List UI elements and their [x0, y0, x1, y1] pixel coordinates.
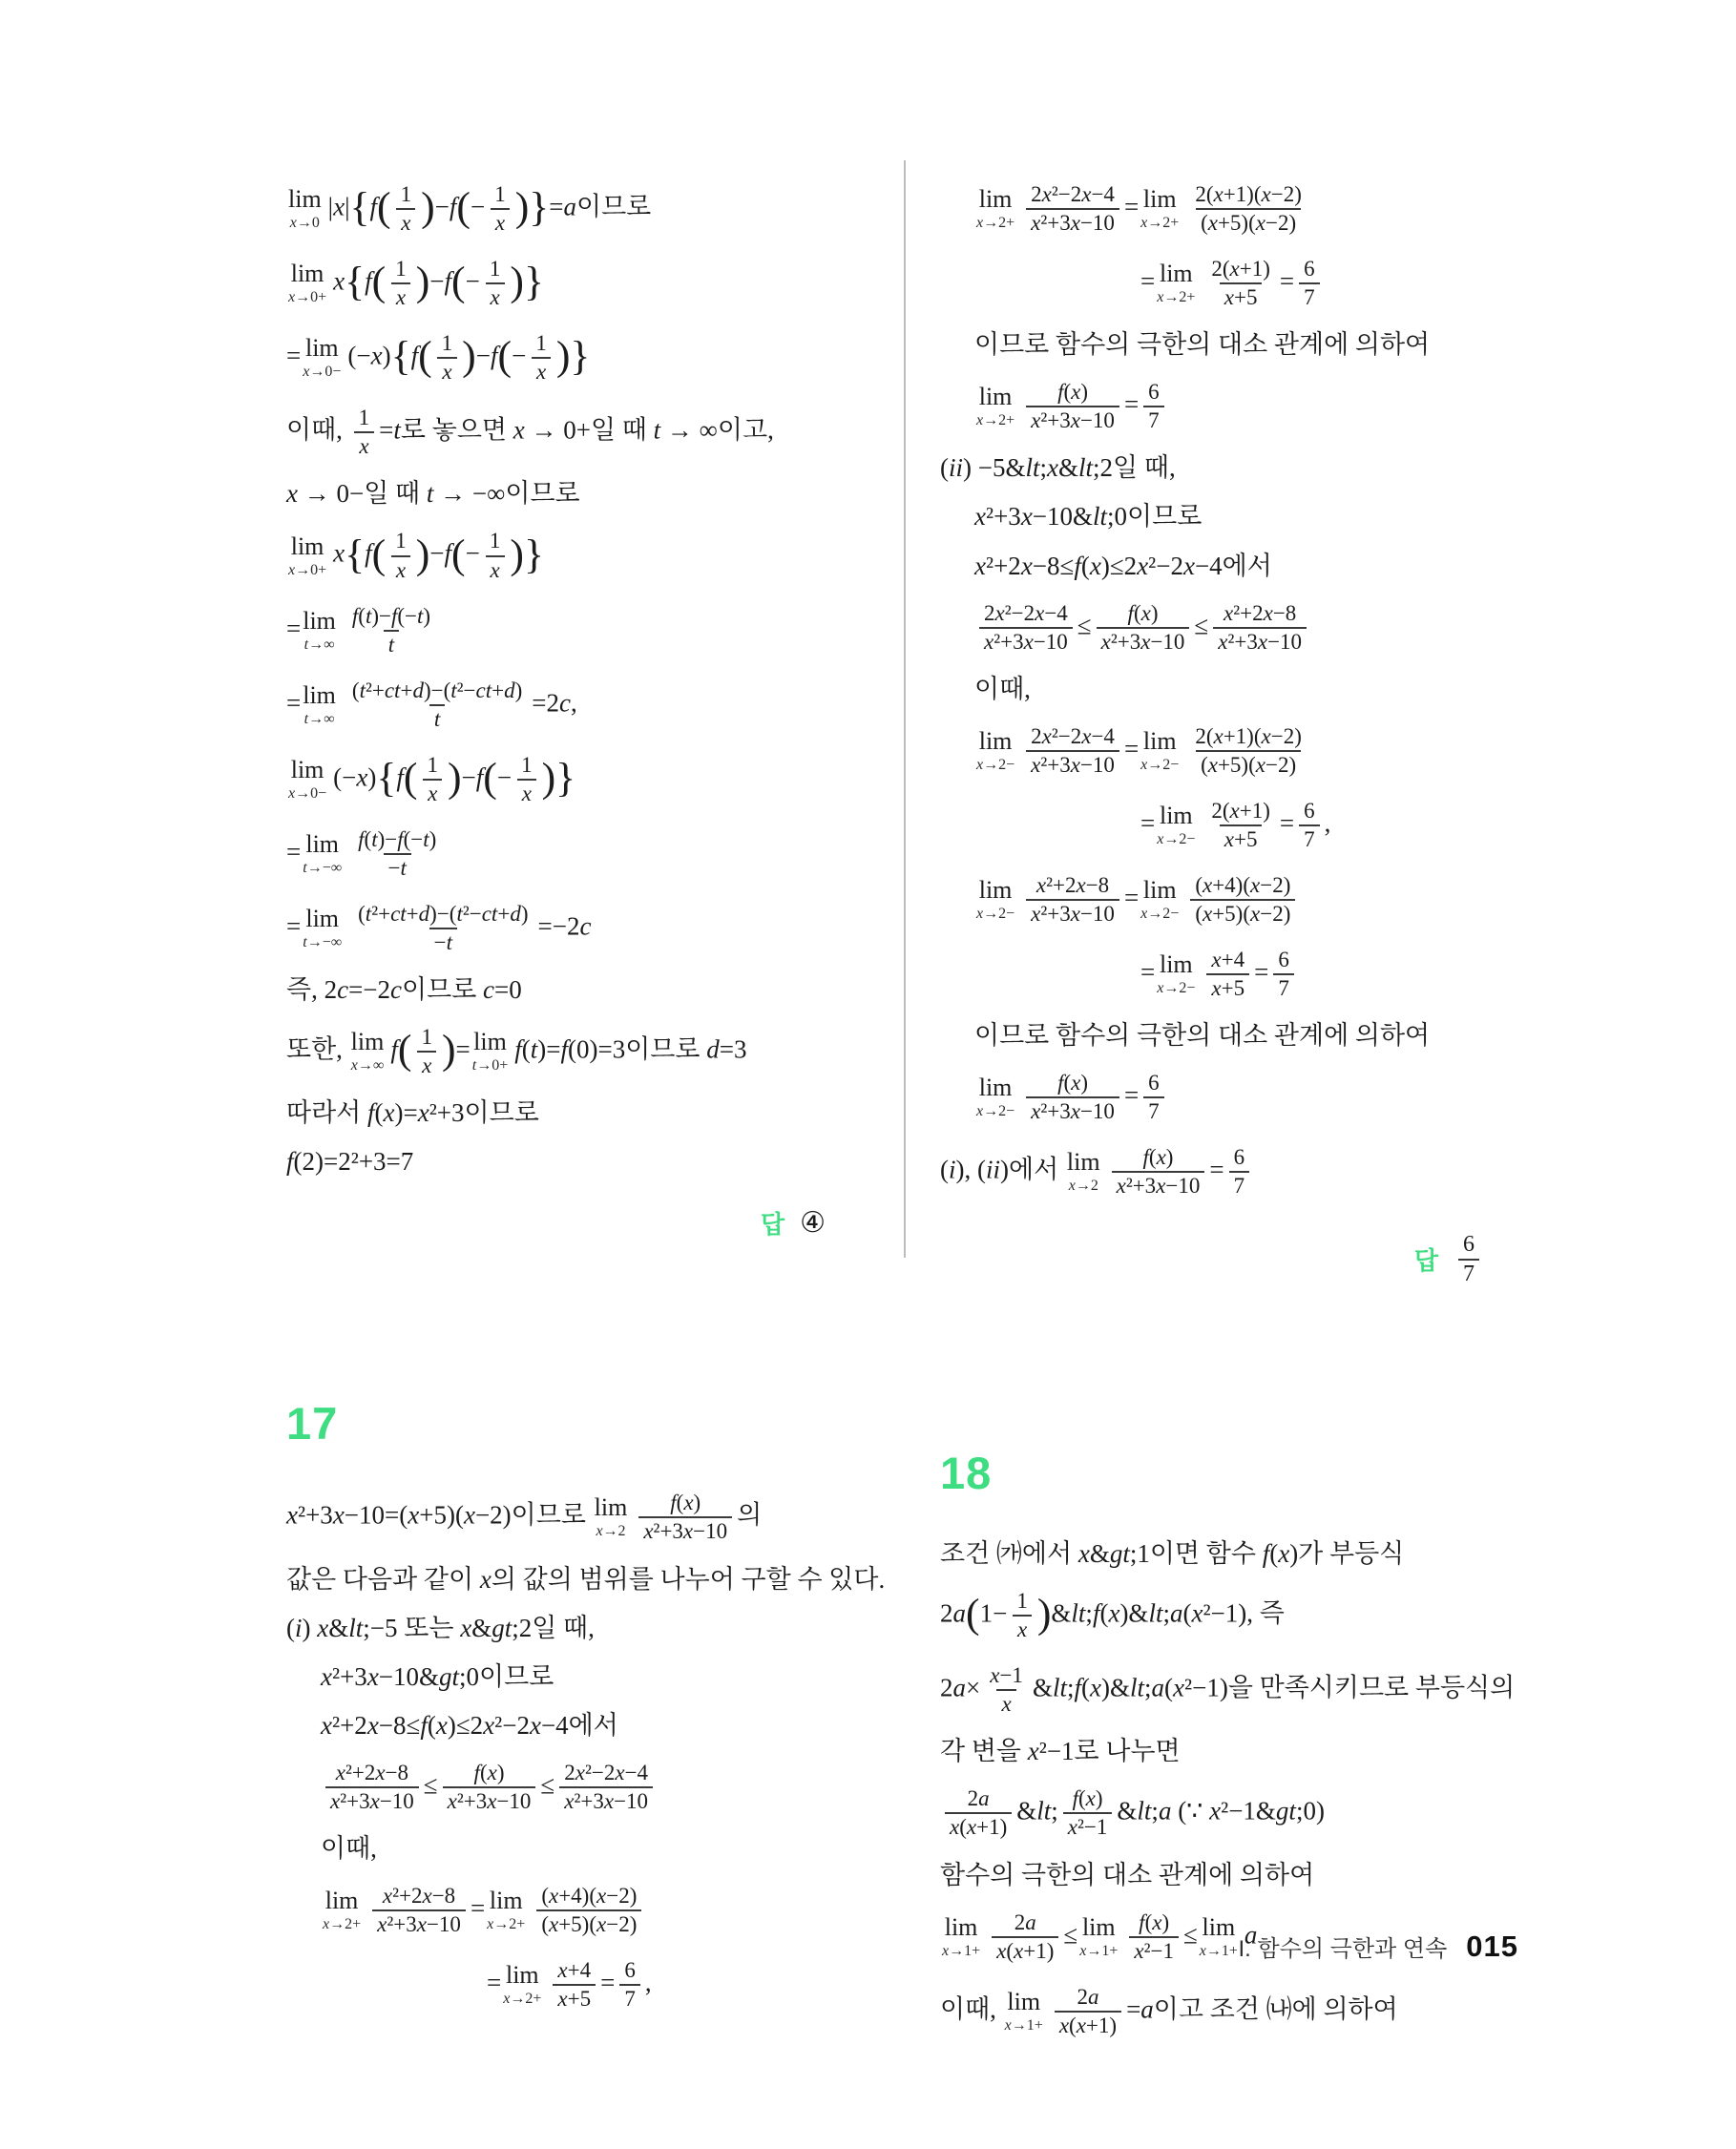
big-bracket: (	[372, 532, 387, 577]
solution-line: 따라서 f(x)=x²+3이므로	[286, 1096, 878, 1130]
answer-value: ④	[800, 1206, 826, 1240]
solution-line: x²+2x−8x²+3x−10≤f(x)x²+3x−10≤2x²−2x−4x²+…	[321, 1758, 878, 1817]
fraction: 67	[1458, 1231, 1479, 1289]
limit-operator: limx→2−	[1140, 878, 1179, 922]
solution-line: 2a(1−1x)&lt;f(x)&lt;a(x²−1), 즉	[940, 1586, 1537, 1645]
problem-number-18: 18	[940, 1450, 1537, 1495]
big-bracket: }	[555, 755, 575, 801]
big-bracket: (	[404, 755, 418, 801]
limit-operator: limx→2+	[976, 385, 1014, 428]
big-bracket: {	[345, 532, 365, 577]
fraction: 2ax(x+1)	[945, 1785, 1012, 1841]
limit-operator: limt→−∞	[303, 907, 342, 950]
fraction: f(x)x²+3x−10	[1026, 379, 1119, 434]
limit-operator: limx→2−	[1140, 729, 1179, 773]
big-bracket: )	[510, 259, 524, 304]
solution-line: =limt→∞f(t)−f(−t)t	[286, 601, 878, 660]
fraction: f(x)x²+3x−10	[1112, 1144, 1205, 1200]
big-bracket: (	[966, 1591, 980, 1637]
solution-line: 즉, 2c=−2c이므로 c=0	[286, 973, 878, 1007]
fraction: 67	[619, 1957, 640, 2013]
solution-line: limx→2+f(x)x²+3x−10=67	[974, 377, 1537, 436]
fraction: 2x²−2x−4x²+3x−10	[979, 600, 1073, 656]
big-bracket: )	[542, 755, 556, 801]
limit-operator: limx→1+	[1079, 1915, 1118, 1959]
fraction: 2ax(x+1)	[1055, 1984, 1121, 2039]
fraction: 2(x+1)x+5	[1206, 798, 1275, 853]
fraction: 1x	[354, 405, 375, 460]
limit-operator: limx→2	[595, 1495, 628, 1539]
fraction: f(x)x²+3x−10	[1097, 600, 1190, 656]
fraction: f(x)x²−1	[1129, 1909, 1179, 1965]
solution-line: limx→2+2x²−2x−4x²+3x−10=limx→2+2(x+1)(x−…	[974, 179, 1537, 239]
solution-line: =limx→2−x+4x+5=67	[1140, 945, 1537, 1004]
solution-line: 값은 다음과 같이 x의 값의 범위를 나누어 구할 수 있다.	[286, 1563, 878, 1596]
big-bracket: )	[462, 333, 476, 379]
solution-line: =limx→2+2(x+1)x+5=67	[1140, 254, 1537, 313]
answer-value: 67	[1454, 1229, 1484, 1291]
solution-line: x²+3x−10&gt;0이므로	[321, 1660, 878, 1694]
big-bracket: (	[451, 532, 466, 577]
fraction: 1x	[485, 528, 506, 583]
solution-line: limx→0+x{f(1x)−f(−1x)}	[286, 254, 878, 313]
solution-line: =limt→∞(t²+ct+d)−(t²−ct+d)t=2c,	[286, 676, 878, 735]
fraction: x−1x	[985, 1662, 1028, 1718]
limit-operator: limt→−∞	[303, 832, 342, 876]
solution-line: 2a×x−1x&lt;f(x)&lt;a(x²−1)을 만족시키므로 부등식의	[940, 1660, 1537, 1720]
solution-line: 이때,	[321, 1832, 878, 1866]
fraction: 67	[1273, 947, 1294, 1002]
fraction: x+4x+5	[553, 1957, 596, 2013]
fraction: 1x	[396, 181, 417, 237]
solution-line: limx→0+x{f(1x)−f(−1x)}	[286, 526, 878, 585]
fraction: 1x	[422, 752, 443, 807]
solution-line: x²+2x−8≤f(x)≤2x²−2x−4에서	[321, 1709, 878, 1742]
fraction: 1x	[485, 256, 506, 311]
big-bracket: (	[377, 184, 391, 230]
solution-line: 이때, 1x=t로 놓으면 x → 0+일 때 t → ∞이고,	[286, 403, 878, 462]
answer-label: 답	[761, 1205, 784, 1241]
limit-operator: limx→0+	[288, 534, 326, 578]
fraction: f(x)x²+3x−10	[443, 1760, 536, 1815]
limit-operator: limx→2−	[976, 1075, 1014, 1119]
big-bracket: }	[524, 259, 544, 304]
big-bracket: {	[345, 259, 365, 304]
big-bracket: }	[529, 184, 549, 230]
fraction: 1x	[516, 752, 537, 807]
big-bracket: )	[416, 259, 430, 304]
fraction: 1x	[1012, 1588, 1033, 1643]
solution-line: f(2)=2²+3=7	[286, 1145, 878, 1179]
big-bracket: )	[442, 1027, 456, 1073]
solution-line: limx→2−f(x)x²+3x−10=67	[974, 1068, 1537, 1127]
big-bracket: {	[391, 333, 411, 379]
fraction: 1x	[437, 330, 458, 386]
column-divider	[904, 160, 906, 1258]
solution-line: =limt→−∞f(t)−f(−t)−t	[286, 824, 878, 884]
solution-line: 또한, limx→∞f(1x)=limt→0+f(t)=f(0)=3이므로 d=…	[286, 1022, 878, 1081]
limit-operator: limx→0−	[303, 336, 341, 380]
fraction: f(t)−f(−t)−t	[353, 826, 441, 882]
fraction: f(x)x²−1	[1063, 1785, 1113, 1841]
fraction: f(t)−f(−t)t	[347, 603, 435, 658]
fraction: 67	[1229, 1144, 1250, 1200]
page-number: 015	[1466, 1930, 1518, 1964]
big-bracket: )	[515, 184, 530, 230]
big-bracket: )	[556, 333, 571, 379]
big-bracket: (	[418, 333, 432, 379]
chapter-title: I. 함수의 극한과 연속	[1238, 1930, 1447, 1963]
limit-operator: limx→1+	[1200, 1915, 1238, 1959]
fraction: 1x	[390, 528, 411, 583]
big-bracket: (	[398, 1027, 412, 1073]
solution-line: x²+3x−10=(x+5)(x−2)이므로 limx→2f(x)x²+3x−1…	[286, 1488, 878, 1547]
limit-operator: limt→∞	[303, 609, 336, 653]
fraction: 2(x+1)x+5	[1206, 256, 1275, 311]
solution-line: limx→2−x²+2x−8x²+3x−10=limx→2−(x+4)(x−2)…	[974, 870, 1537, 929]
big-bracket: {	[376, 755, 396, 801]
solution-line: x²+2x−8≤f(x)≤2x²−2x−4에서	[974, 550, 1537, 583]
solution-line: 각 변을 x²−1로 나누면	[940, 1735, 1537, 1768]
limit-operator: limx→2+	[1157, 261, 1195, 305]
solution-line: (ii) −5&lt;x&lt;2일 때,	[940, 451, 1537, 485]
limit-operator: limx→∞	[351, 1030, 385, 1074]
solution-line: x²+3x−10&lt;0이므로	[974, 500, 1537, 533]
big-bracket: )	[1037, 1591, 1052, 1637]
big-bracket: )	[416, 532, 430, 577]
limit-operator: limx→2+	[487, 1888, 525, 1932]
solution-line: (i) x&lt;−5 또는 x&gt;2일 때,	[286, 1612, 878, 1645]
solution-line: 이므로 함수의 극한의 대소 관계에 의하여	[974, 1019, 1537, 1053]
fraction: (x+4)(x−2)(x+5)(x−2)	[536, 1883, 641, 1938]
right-column: limx→2+2x²−2x−4x²+3x−10=limx→2+2(x+1)(x−…	[940, 0, 1537, 2056]
big-bracket: }	[570, 333, 590, 379]
big-bracket: (	[372, 259, 387, 304]
fraction: f(x)x²+3x−10	[638, 1490, 732, 1545]
fraction: 1x	[390, 256, 411, 311]
fraction: 2x²−2x−4x²+3x−10	[1026, 181, 1119, 237]
fraction: 2ax(x+1)	[992, 1909, 1058, 1965]
limit-operator: limx→0−	[288, 758, 326, 802]
solution-line: =limx→2+x+4x+5=67,	[487, 1955, 878, 2014]
solution-line: 2x²−2x−4x²+3x−10≤f(x)x²+3x−10≤x²+2x−8x²+…	[974, 598, 1537, 657]
big-bracket: )	[421, 184, 435, 230]
solution-line: =limt→−∞(t²+ct+d)−(t²−ct+d)−t=−2c	[286, 899, 878, 958]
answer-label: 답	[1414, 1241, 1438, 1277]
fraction: x²+2x−8x²+3x−10	[325, 1760, 419, 1815]
fraction: 2x²−2x−4x²+3x−10	[1026, 723, 1119, 779]
solution-line: limx→0|x|{f(1x)−f(−1x)}=a이므로	[286, 179, 878, 239]
fraction: 2x²−2x−4x²+3x−10	[559, 1760, 653, 1815]
big-bracket: )	[510, 532, 524, 577]
solution-line: limx→2+x²+2x−8x²+3x−10=limx→2+(x+4)(x−2)…	[321, 1881, 878, 1940]
solution-line: 이때,	[974, 673, 1537, 706]
fraction: 67	[1143, 1070, 1164, 1125]
fraction: f(x)x²+3x−10	[1026, 1070, 1119, 1125]
fraction: x+4x+5	[1206, 947, 1249, 1002]
limit-operator: limt→0+	[472, 1030, 508, 1074]
limit-operator: limt→∞	[303, 683, 336, 727]
page-footer: I. 함수의 극한과 연속 015	[1238, 1930, 1518, 1964]
limit-operator: limx→2+	[1140, 187, 1179, 231]
big-bracket: (	[456, 184, 471, 230]
solution-line: 2ax(x+1)&lt;f(x)x²−1&lt;a (∵ x²−1&gt;0)	[940, 1784, 1537, 1843]
big-bracket: (	[498, 333, 512, 379]
fraction: 67	[1143, 379, 1164, 434]
problem-number-17: 17	[286, 1401, 878, 1446]
limit-operator: limx→2	[1067, 1150, 1100, 1194]
solution-line: =limx→2−2(x+1)x+5=67,	[1140, 796, 1537, 855]
limit-operator: limx→2+	[976, 187, 1014, 231]
big-bracket: {	[349, 184, 369, 230]
big-bracket: }	[524, 532, 544, 577]
fraction: 2(x+1)(x−2)(x+5)(x−2)	[1190, 181, 1307, 237]
solution-line: 함수의 극한의 대소 관계에 의하여	[940, 1859, 1537, 1892]
fraction: 2(x+1)(x−2)(x+5)(x−2)	[1190, 723, 1307, 779]
fraction: x²+2x−8x²+3x−10	[372, 1883, 466, 1938]
solution-line: x → 0−일 때 t → −∞이므로	[286, 477, 878, 511]
limit-operator: limx→0+	[288, 261, 326, 305]
solution-line: limx→2−2x²−2x−4x²+3x−10=limx→2−2(x+1)(x−…	[974, 721, 1537, 781]
fraction: (t²+ct+d)−(t²−ct+d)t	[347, 678, 527, 733]
solution-line: 조건 ㈎에서 x&gt;1이면 함수 f(x)가 부등식	[940, 1537, 1537, 1571]
answer-row: 답67	[940, 1229, 1537, 1291]
fraction: 1x	[416, 1024, 437, 1079]
fraction: 67	[1299, 256, 1320, 311]
big-bracket: (	[483, 755, 497, 801]
fraction: (x+4)(x−2)(x+5)(x−2)	[1190, 872, 1295, 928]
fraction: 1x	[490, 181, 511, 237]
solution-line: limx→0−(−x){f(1x)−f(−1x)}	[286, 750, 878, 809]
big-bracket: (	[451, 259, 466, 304]
limit-operator: limx→0	[288, 187, 322, 231]
limit-operator: limx→2+	[323, 1888, 361, 1932]
solution-line: =limx→0−(−x){f(1x)−f(−1x)}	[286, 328, 878, 387]
limit-operator: limx→1+	[942, 1915, 980, 1959]
fraction: x²+2x−8x²+3x−10	[1026, 872, 1119, 928]
limit-operator: limx→2−	[1157, 952, 1195, 996]
answer-row: 답④	[286, 1205, 878, 1241]
solution-line: 이때, limx→1+2ax(x+1)=a이고 조건 ㈏에 의하여	[940, 1982, 1537, 2041]
limit-operator: limx→2+	[503, 1963, 541, 2007]
left-column: limx→0|x|{f(1x)−f(−1x)}=a이므로limx→0+x{f(1…	[286, 0, 878, 2030]
fraction: 1x	[531, 330, 552, 386]
limit-operator: limx→2−	[1157, 803, 1195, 847]
solution-line: (i), (ii)에서 limx→2f(x)x²+3x−10=67	[940, 1142, 1537, 1201]
big-bracket: )	[448, 755, 462, 801]
limit-operator: limx→2−	[976, 729, 1014, 773]
fraction: x²+2x−8x²+3x−10	[1213, 600, 1307, 656]
fraction: (t²+ct+d)−(t²−ct+d)−t	[353, 901, 533, 956]
fraction: 67	[1299, 798, 1320, 853]
solution-line: 이므로 함수의 극한의 대소 관계에 의하여	[974, 328, 1537, 362]
limit-operator: limx→2−	[976, 878, 1014, 922]
limit-operator: limx→1+	[1005, 1990, 1043, 2034]
